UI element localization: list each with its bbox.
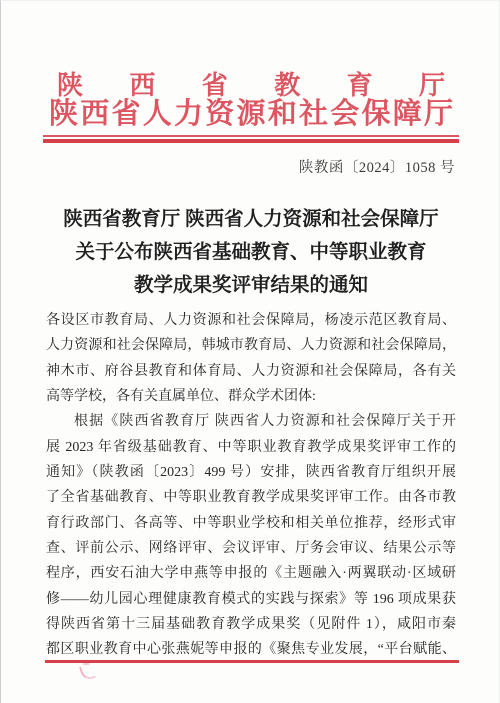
body-text-line: 育行政部门、各高等、中等职业学校和相关单位推荐，经形式审 xyxy=(46,511,456,536)
body-text-line: 人力资源和社会保障局，韩城市教育局、人力资源和社会保障局， xyxy=(46,333,456,358)
body-text-line: 查、评前公示、网络评审、会议评审、厅务会审议、结果公示等 xyxy=(46,536,456,561)
letterhead-org-hr-social-security: 陕西省人力资源和社会保障厅 xyxy=(49,99,453,130)
document-title-line: 陕西省教育厅 陕西省人力资源和社会保障厅 xyxy=(31,203,471,236)
body-text-line: 得陕西省第十三届基础教育教学成果奖（见附件 1），咸阳市秦 xyxy=(46,612,456,637)
document-page: 陕西省教育厅 陕西省人力资源和社会保障厅 陕教函〔2024〕1058 号 陕西省… xyxy=(0,0,500,703)
document-title: 陕西省教育厅 陕西省人力资源和社会保障厅关于公布陕西省基础教育、中等职业教育教学… xyxy=(31,203,471,302)
body-text-line: 修——幼儿园心理健康教育模式的实践与探索》等 196 项成果获 xyxy=(46,587,456,612)
body-text-line: 通知》（陕教函〔2023〕499 号）安排，陕西省教育厅组织开展 xyxy=(46,460,456,485)
letterhead-org-education: 陕西省教育厅 xyxy=(57,71,445,100)
body-text-line: 展 2023 年省级基础教育、中等职业教育教学成果奖评审工作的 xyxy=(46,435,456,460)
document-number: 陕教函〔2024〕1058 号 xyxy=(299,156,455,177)
body-text-line: 神木市、府谷县教育和体育局、人力资源和社会保障局，各有关 xyxy=(46,359,456,384)
letterhead-red-divider xyxy=(43,135,459,143)
document-body: 各设区市教育局、人力资源和社会保障局，杨凌示范区教育局、人力资源和社会保障局，韩… xyxy=(46,308,456,663)
body-text-line: 了全省基础教育、中等职业教育教学成果奖评审工作。由各市教 xyxy=(46,485,456,510)
body-text-line: 各设区市教育局、人力资源和社会保障局，杨凌示范区教育局、 xyxy=(46,308,456,333)
body-text-line: 程序，西安石油大学申燕等申报的《主题融入·两翼联动·区域研 xyxy=(46,561,456,586)
body-text-line: 根据《陕西省教育厅 陕西省人力资源和社会保障厅关于开 xyxy=(46,409,456,434)
document-title-line: 关于公布陕西省基础教育、中等职业教育 xyxy=(31,236,471,269)
ink-smudge xyxy=(79,663,96,681)
body-text-line: 都区职业教育中心张燕妮等申报的《聚焦专业发展，“平台赋能、 xyxy=(46,637,456,662)
body-text-line: 高等学校，各有关直属单位、群众学术团体: xyxy=(46,384,456,409)
page-bottom-red-rule xyxy=(45,660,459,663)
document-title-line: 教学成果奖评审结果的通知 xyxy=(31,269,471,302)
